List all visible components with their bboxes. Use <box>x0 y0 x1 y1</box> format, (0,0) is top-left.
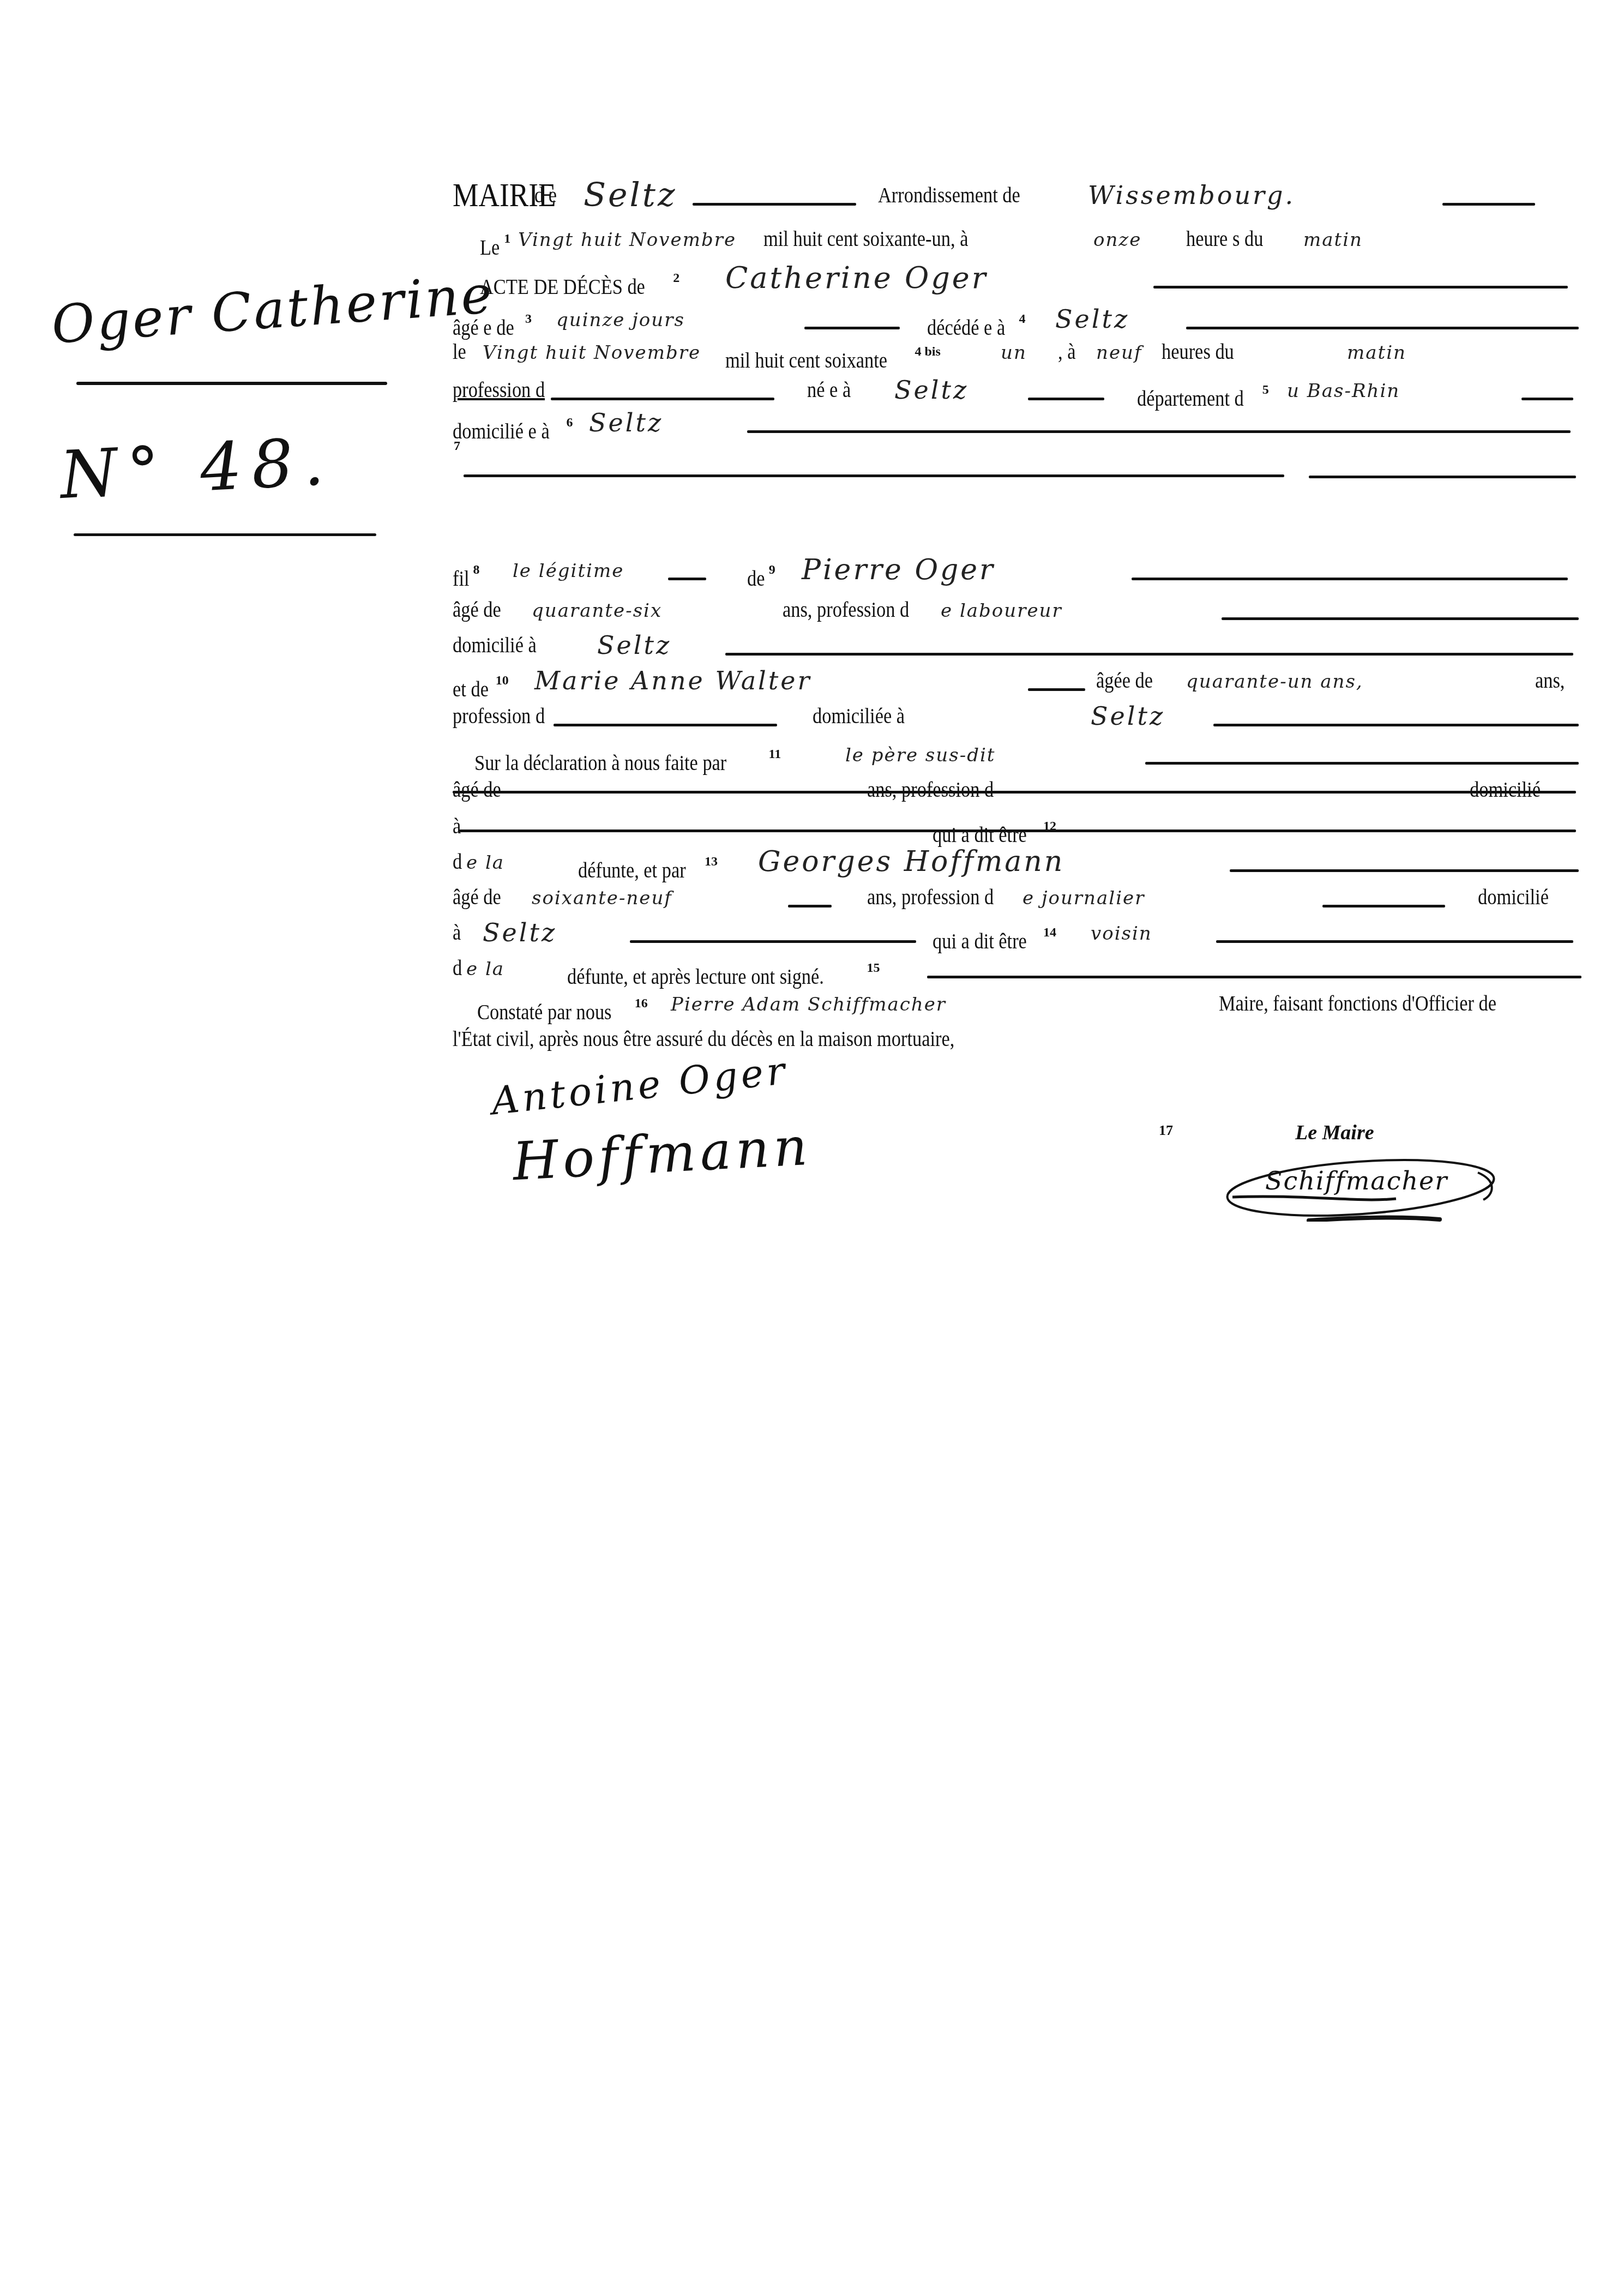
footnote-marker: 8 <box>473 563 480 577</box>
fill-rule <box>725 653 1573 656</box>
legitimacy: le légitime <box>513 548 624 593</box>
fill-rule <box>788 905 832 907</box>
strike-line <box>458 830 1576 832</box>
header-line: MAIRIE d e Seltz Arrondissement de Wisse… <box>453 173 1543 217</box>
commune-name: Seltz <box>584 173 677 221</box>
footnote-marker: 16 <box>635 996 648 1011</box>
declaration-date: Vingt huit Novembre <box>518 217 736 262</box>
fill-rule <box>1132 578 1568 580</box>
profession-label: profession d <box>453 694 560 738</box>
arrondissement-label: Arrondissement de <box>878 173 1043 217</box>
line-blank-7: 7 <box>453 436 1543 480</box>
heure-label: heure s du <box>1186 217 1276 261</box>
arrondissement-name: Wissembourg. <box>1088 173 1295 219</box>
signature-mayor: Schiffmacher <box>1265 1166 1448 1195</box>
footnote-marker: 4 <box>1019 312 1026 326</box>
declaration-hour: onze <box>1093 217 1141 262</box>
footnote-marker: 3 <box>525 312 532 326</box>
fill-rule <box>668 578 706 580</box>
fill-rule <box>1153 286 1568 288</box>
margin-divider <box>76 382 387 385</box>
footnote-marker: 17 <box>1159 1122 1173 1139</box>
fill-rule <box>804 327 900 329</box>
margin-entry-number: N° 48. <box>58 424 336 514</box>
fill-rule <box>1222 617 1579 620</box>
fill-rule <box>693 203 856 206</box>
death-certificate-page: Oger Catherine N° 48. MAIRIE d e Seltz A… <box>0 0 1624 2296</box>
year-text: mil huit cent soixante-un, à <box>763 217 1002 261</box>
footnote-marker: 13 <box>705 855 718 869</box>
line-death-date: le Vingt huit Novembre mil huit cent soi… <box>453 330 1543 374</box>
line-etat-civil: l'État civil, après nous être assuré du … <box>453 1017 1543 1061</box>
father-name: Pierre Oger <box>802 548 995 594</box>
a-label: , à <box>1058 330 1079 374</box>
fill-rule <box>1028 398 1104 400</box>
line-date-declaration: Le1 Vingt huit Novembre mil huit cent so… <box>453 217 1543 261</box>
footnote-marker: 4 bis <box>915 345 941 359</box>
footnote-marker: 6 <box>567 416 573 430</box>
footnote-marker: 2 <box>673 271 679 285</box>
line-deceased-name: ACTE DE DÉCÈS de2 Catherine Oger <box>453 256 1543 300</box>
fill-rule <box>1322 905 1445 907</box>
fill-rule <box>1186 327 1579 329</box>
footnote-marker: 14 <box>1043 925 1056 940</box>
footnote-marker: 1 <box>504 232 510 246</box>
footnote-marker: 9 <box>769 563 775 577</box>
line-father: fil8 le légitime de9 Pierre Oger <box>453 548 1543 592</box>
heure-label: heures du <box>1162 330 1246 374</box>
footnote-marker: 10 <box>496 674 509 688</box>
footnote-marker: 5 <box>1262 383 1269 397</box>
footnote-marker: 15 <box>867 961 880 975</box>
fill-rule <box>464 474 1284 477</box>
declaration-period: matin <box>1303 217 1363 262</box>
margin-deceased-name: Oger Catherine <box>50 263 496 355</box>
fill-rule <box>1145 762 1579 765</box>
fill-rule <box>1213 724 1579 726</box>
fill-rule <box>747 430 1571 433</box>
deceased-name: Catherine Oger <box>725 256 988 303</box>
mairie-prefix: d e <box>534 173 561 217</box>
strike-line <box>453 791 1576 794</box>
fill-rule <box>1028 688 1085 691</box>
fill-rule <box>1230 869 1579 872</box>
fill-rule <box>1216 940 1573 943</box>
label-le: le <box>453 330 468 374</box>
domiciliee-label: domiciliée à <box>813 694 920 738</box>
fill-rule <box>551 398 774 400</box>
line-mother-profession: profession d domiciliée à Seltz <box>453 694 1543 738</box>
signature-witness: Hoffmann <box>511 1116 813 1193</box>
fill-rule <box>1521 398 1573 400</box>
mayor-label: Le Maire <box>1295 1121 1374 1145</box>
footnote-marker: 7 <box>454 439 460 453</box>
fill-rule <box>1309 476 1576 478</box>
fill-rule <box>927 976 1581 978</box>
fill-rule <box>630 940 916 943</box>
footnote-marker: 11 <box>769 747 781 761</box>
fill-rule <box>554 724 777 726</box>
margin-divider <box>74 533 376 536</box>
fill-rule <box>1442 203 1535 206</box>
